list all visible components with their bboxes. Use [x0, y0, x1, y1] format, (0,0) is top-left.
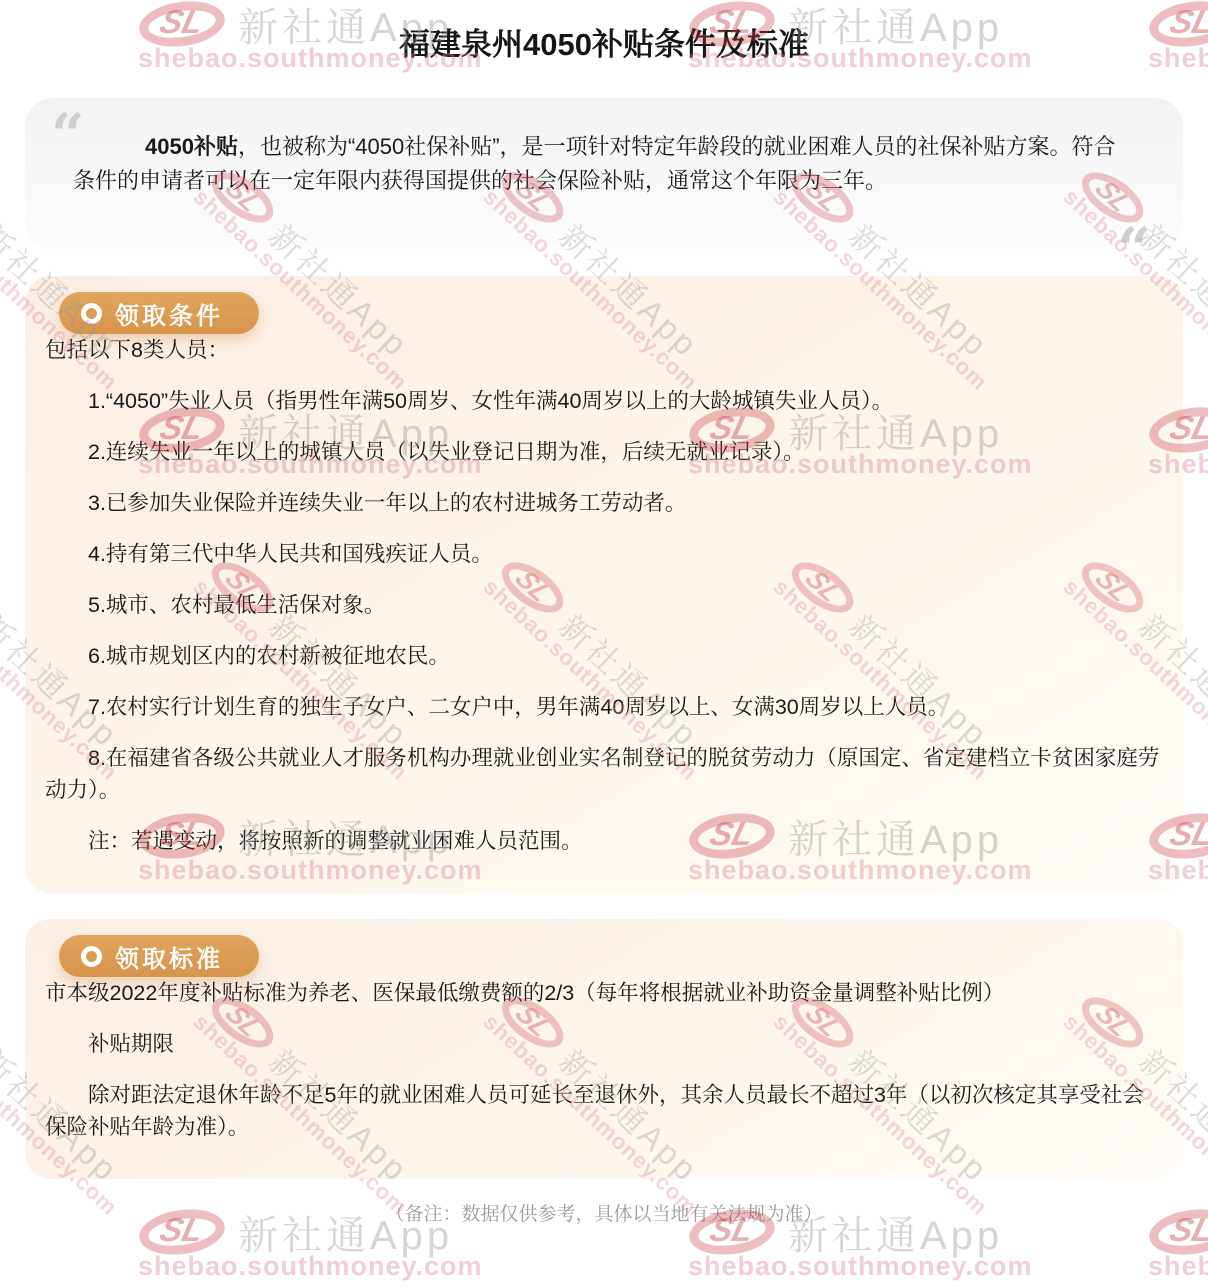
list-item: 7.农村实行计划生育的独生子女户、二女户中，男年满40周岁以上、女满30周岁以上…	[45, 691, 1163, 723]
standard-paragraph: 市本级2022年度补贴标准为养老、医保最低缴费额的2/3（每年将根据就业补助资金…	[45, 977, 1163, 1009]
list-item: 6.城市规划区内的农村新被征地农民。	[45, 640, 1163, 672]
footer-note: （备注：数据仅供参考，具体以当地有关法规为准）	[0, 1199, 1208, 1226]
section-badge-conditions: 领取条件	[59, 292, 259, 334]
conditions-note: 注：若遇变动，将按照新的调整就业困难人员范围。	[45, 825, 1163, 857]
page-title: 福建泉州4050补贴条件及标准	[0, 24, 1208, 66]
intro-paragraph: 4050补贴，也被称为“4050社保补贴”，是一项针对特定年龄段的就业困难人员的…	[73, 130, 1135, 198]
list-item: 1.“4050”失业人员（指男性年满50周岁、女性年满40周岁以上的大龄城镇失业…	[45, 385, 1163, 417]
open-quote-icon: “	[51, 106, 84, 140]
section-conditions: 领取条件 包括以下8类人员： 1.“4050”失业人员（指男性年满50周岁、女性…	[25, 276, 1183, 893]
list-item: 8.在福建省各级公共就业人才服务机构办理就业创业实名制登记的脱贫劳动力（原国定、…	[45, 742, 1163, 806]
close-quote-icon: “	[1118, 220, 1151, 254]
list-item: 5.城市、农村最低生活保对象。	[45, 589, 1163, 621]
conditions-lead: 包括以下8类人员：	[45, 334, 1163, 366]
intro-lead-text: 4050补贴	[145, 134, 238, 159]
watermark-url-text: shebao.southmoney.com	[688, 1251, 1033, 1282]
section-standard: 领取标准 市本级2022年度补贴标准为养老、医保最低缴费额的2/3（每年将根据就…	[25, 919, 1183, 1179]
watermark-url-text: shebao.southmoney.com	[138, 1251, 483, 1282]
badge-ring-icon	[81, 303, 102, 324]
badge-ring-icon	[81, 946, 102, 967]
section-badge-label: 领取标准	[115, 939, 223, 974]
standard-paragraph: 补贴期限	[45, 1028, 1163, 1060]
intro-quote-box: “ 4050补贴，也被称为“4050社保补贴”，是一项针对特定年龄段的就业困难人…	[25, 98, 1183, 250]
standard-paragraph: 除对距法定退休年龄不足5年的就业困难人员可延长至退休外，其余人员最长不超过3年（…	[45, 1079, 1163, 1143]
watermark-url-text: shebao.southmoney.com	[1148, 1251, 1208, 1282]
section-badge-standard: 领取标准	[59, 935, 259, 977]
list-item: 4.持有第三代中华人民共和国残疾证人员。	[45, 538, 1163, 570]
list-item: 3.已参加失业保险并连续失业一年以上的农村进城务工劳动者。	[45, 487, 1163, 519]
list-item: 2.连续失业一年以上的城镇人员（以失业登记日期为准，后续无就业记录）。	[45, 436, 1163, 468]
section-badge-label: 领取条件	[115, 296, 223, 331]
